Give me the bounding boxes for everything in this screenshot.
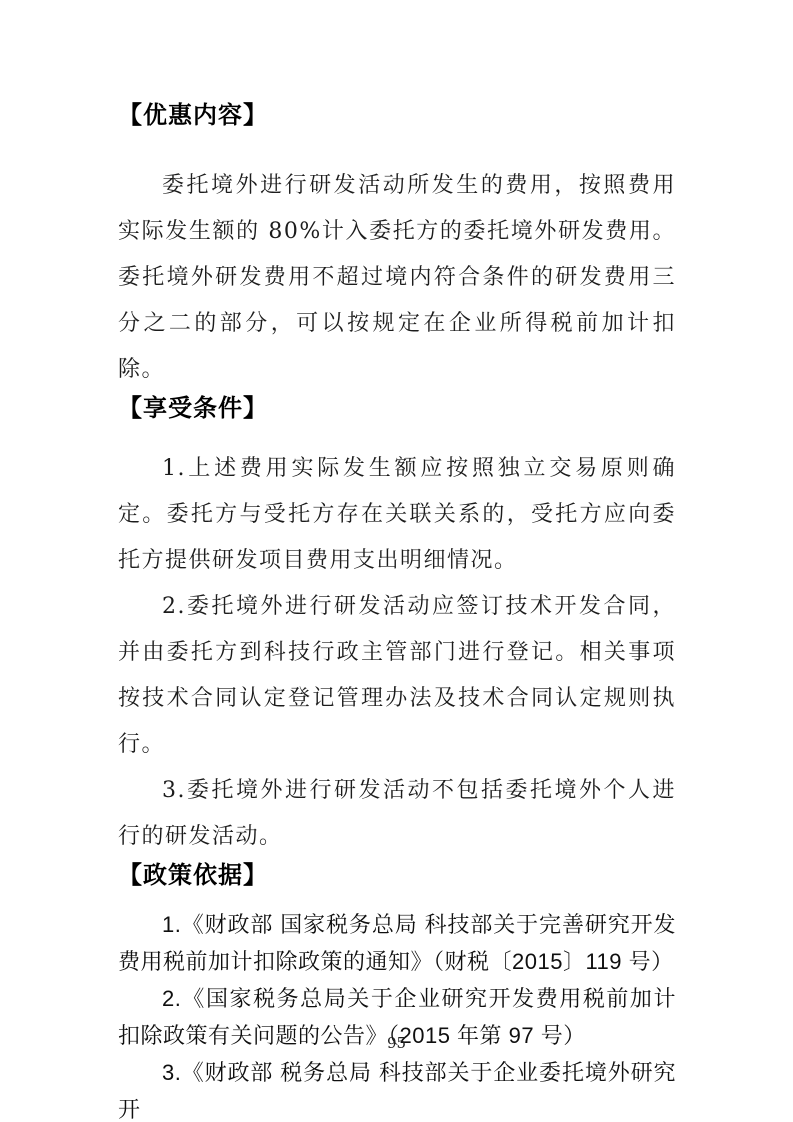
condition-item-3: 3.委托境外进行研发活动不包括委托境外个人进行的研发活动。: [118, 768, 676, 860]
condition-item-1: 1.上述费用实际发生额应按照独立交易原则确定。委托方与受托方存在关联关系的，受托…: [118, 446, 676, 584]
page-number: 95: [0, 1034, 793, 1052]
condition-item-2: 2.委托境外进行研发活动应签订技术开发合同，并由委托方到科技行政主管部门进行登记…: [118, 584, 676, 768]
benefit-section-heading: 【优惠内容】: [118, 100, 676, 132]
policy-section-heading: 【政策依据】: [118, 860, 676, 892]
policy-reference-3: 3.《财政部 税务总局 科技部关于企业委托境外研究开: [118, 1054, 676, 1122]
section-eligibility-conditions: 【享受条件】 1.上述费用实际发生额应按照独立交易原则确定。委托方与受托方存在关…: [118, 393, 676, 860]
section-benefit-content: 【优惠内容】 委托境外进行研发活动所发生的费用，按照费用实际发生额的 80%计入…: [118, 100, 676, 393]
policy-reference-1: 1.《财政部 国家税务总局 科技部关于完善研究开发费用税前加计扣除政策的通知》（…: [118, 906, 676, 980]
document-page: 【优惠内容】 委托境外进行研发活动所发生的费用，按照费用实际发生额的 80%计入…: [0, 0, 793, 1122]
conditions-section-heading: 【享受条件】: [118, 393, 676, 425]
section-policy-basis: 【政策依据】 1.《财政部 国家税务总局 科技部关于完善研究开发费用税前加计扣除…: [118, 860, 676, 1122]
benefit-paragraph: 委托境外进行研发活动所发生的费用，按照费用实际发生额的 80%计入委托方的委托境…: [118, 163, 676, 393]
